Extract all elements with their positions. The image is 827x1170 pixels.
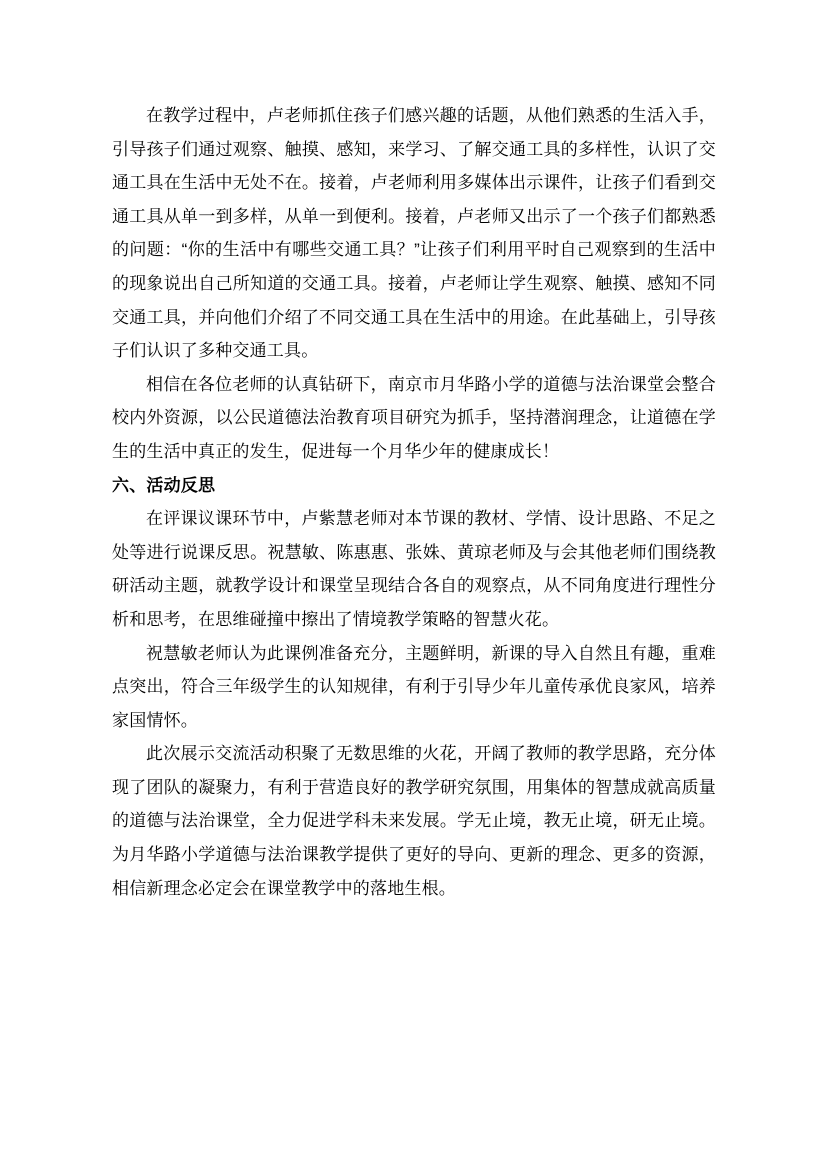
paragraph-belief-outlook: 相信在各位老师的认真钻研下，南京市月华路小学的道德与法治课堂会整合校内外资源，以… [112,368,716,469]
paragraph-teaching-process: 在教学过程中，卢老师抓住孩子们感兴趣的话题，从他们熟悉的生活入手，引导孩子们通过… [112,99,716,368]
document-content: 在教学过程中，卢老师抓住孩子们感兴趣的话题，从他们熟悉的生活入手，引导孩子们通过… [112,99,716,905]
paragraph-lesson-review: 在评课议课环节中，卢紫慧老师对本节课的教材、学情、设计思路、不足之处等进行说课反… [112,502,716,636]
section-heading-activity-reflection: 六、活动反思 [112,469,716,503]
document-page: 在教学过程中，卢老师抓住孩子们感兴趣的话题，从他们熟悉的生活入手，引导孩子们通过… [0,0,827,1170]
paragraph-activity-summary: 此次展示交流活动积聚了无数思维的火花，开阔了教师的教学思路，充分体现了团队的凝聚… [112,737,716,905]
paragraph-teacher-comment: 祝慧敏老师认为此课例准备充分，主题鲜明，新课的导入自然且有趣，重难点突出，符合三… [112,637,716,738]
